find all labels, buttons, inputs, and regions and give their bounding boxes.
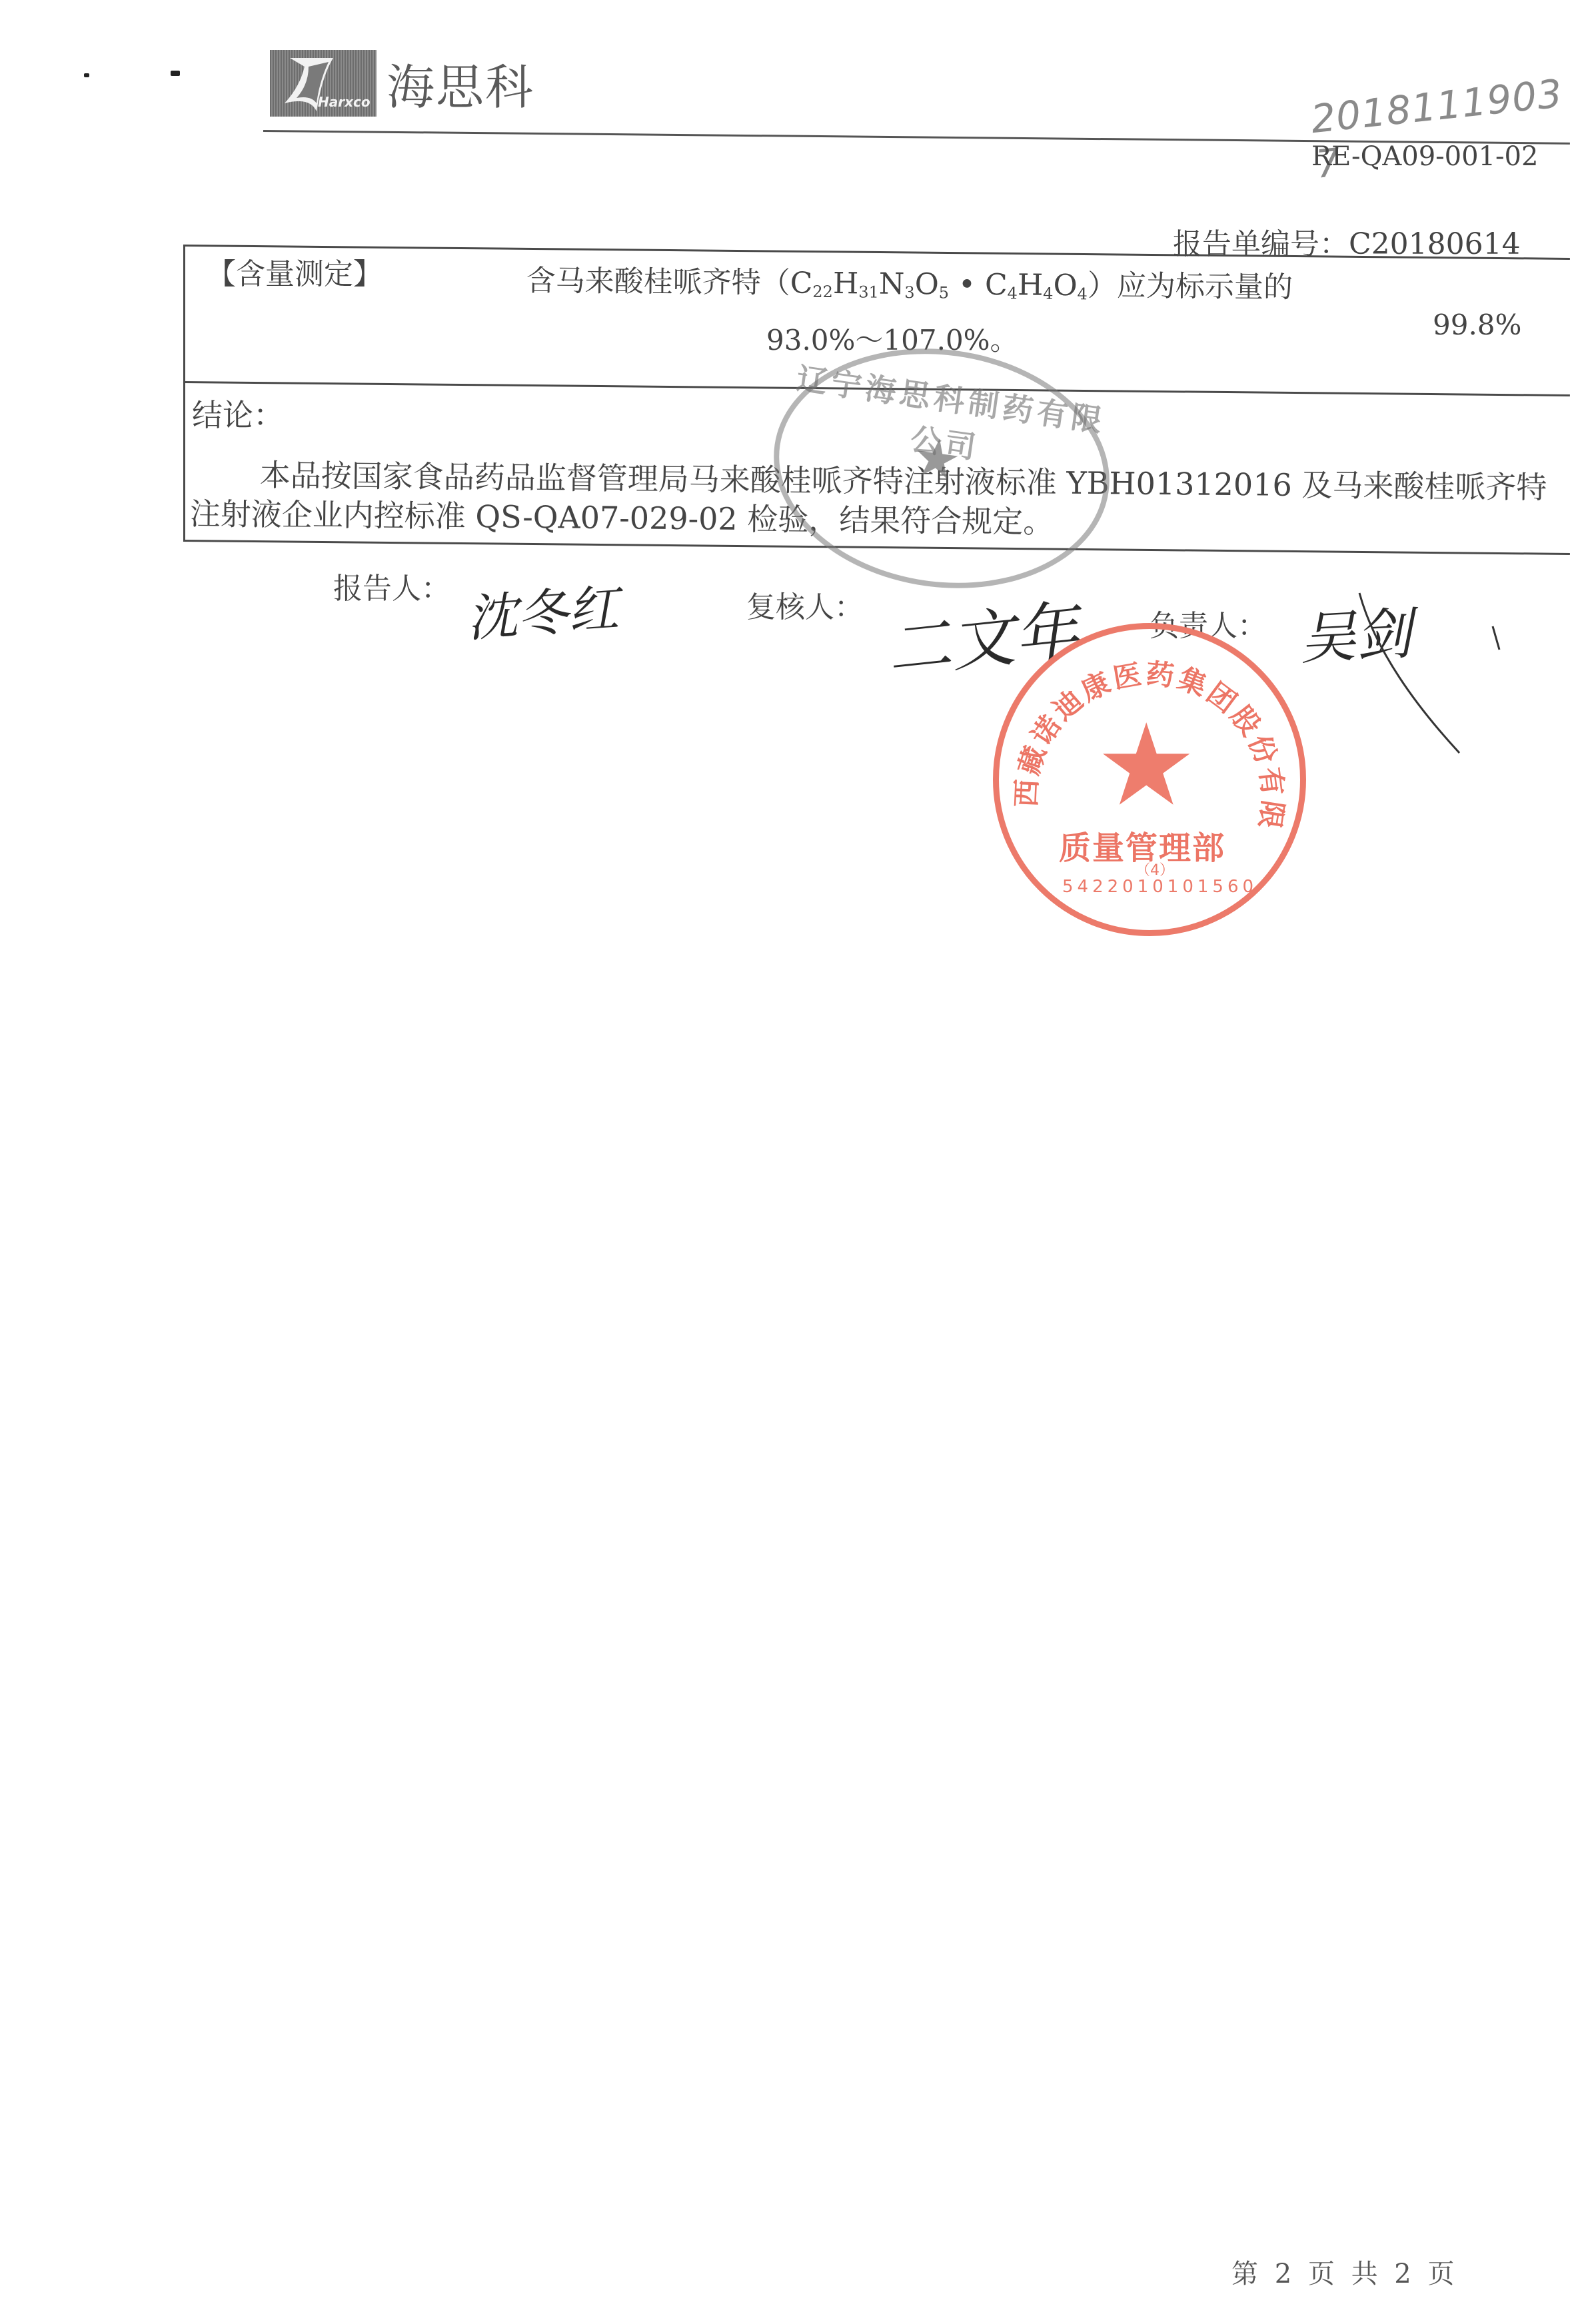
- signature-stroke: [1353, 586, 1513, 760]
- company-logo: Harxco: [270, 50, 377, 117]
- seal-code: 5422010101560: [1062, 877, 1257, 897]
- brand-name: 海思科: [387, 63, 534, 111]
- logo-wordmark: Harxco: [318, 94, 371, 110]
- star-icon: ★: [1096, 709, 1197, 822]
- conclusion-label: 结论：: [192, 400, 284, 430]
- assay-result: 99.8%: [1433, 311, 1521, 339]
- reporter-signature: 沈冬红: [464, 568, 620, 651]
- assay-description: 含马来酸桂哌齐特（C22H31N3O5 • C4H4O4）应为标示量的: [526, 267, 1293, 304]
- reporter-label: 报告人：: [333, 574, 450, 604]
- table-left-border: [183, 245, 185, 541]
- assay-section-label: 【含量测定】: [207, 260, 383, 289]
- assay-desc-suffix: ）应为标示量的: [1088, 269, 1293, 304]
- table-top-rule: [183, 245, 1570, 260]
- page-indicator: 第 2 页 共 2 页: [1231, 2261, 1454, 2287]
- star-icon: ★: [909, 424, 965, 492]
- scan-speck: [84, 73, 89, 77]
- assay-desc-prefix: 含马来酸桂哌齐特（: [526, 264, 790, 300]
- document-code: RE-QA09-001-02: [1311, 143, 1538, 170]
- chemical-formula: C22H31N3O5 • C4H4O4: [790, 266, 1088, 302]
- reviewer-label: 复核人：: [746, 593, 864, 622]
- scan-speck: [171, 71, 180, 76]
- quality-dept-seal-stamp: 西藏诺迪康医药集团股份有限公司 ★ 质量管理部 （4） 542201010156…: [993, 623, 1306, 936]
